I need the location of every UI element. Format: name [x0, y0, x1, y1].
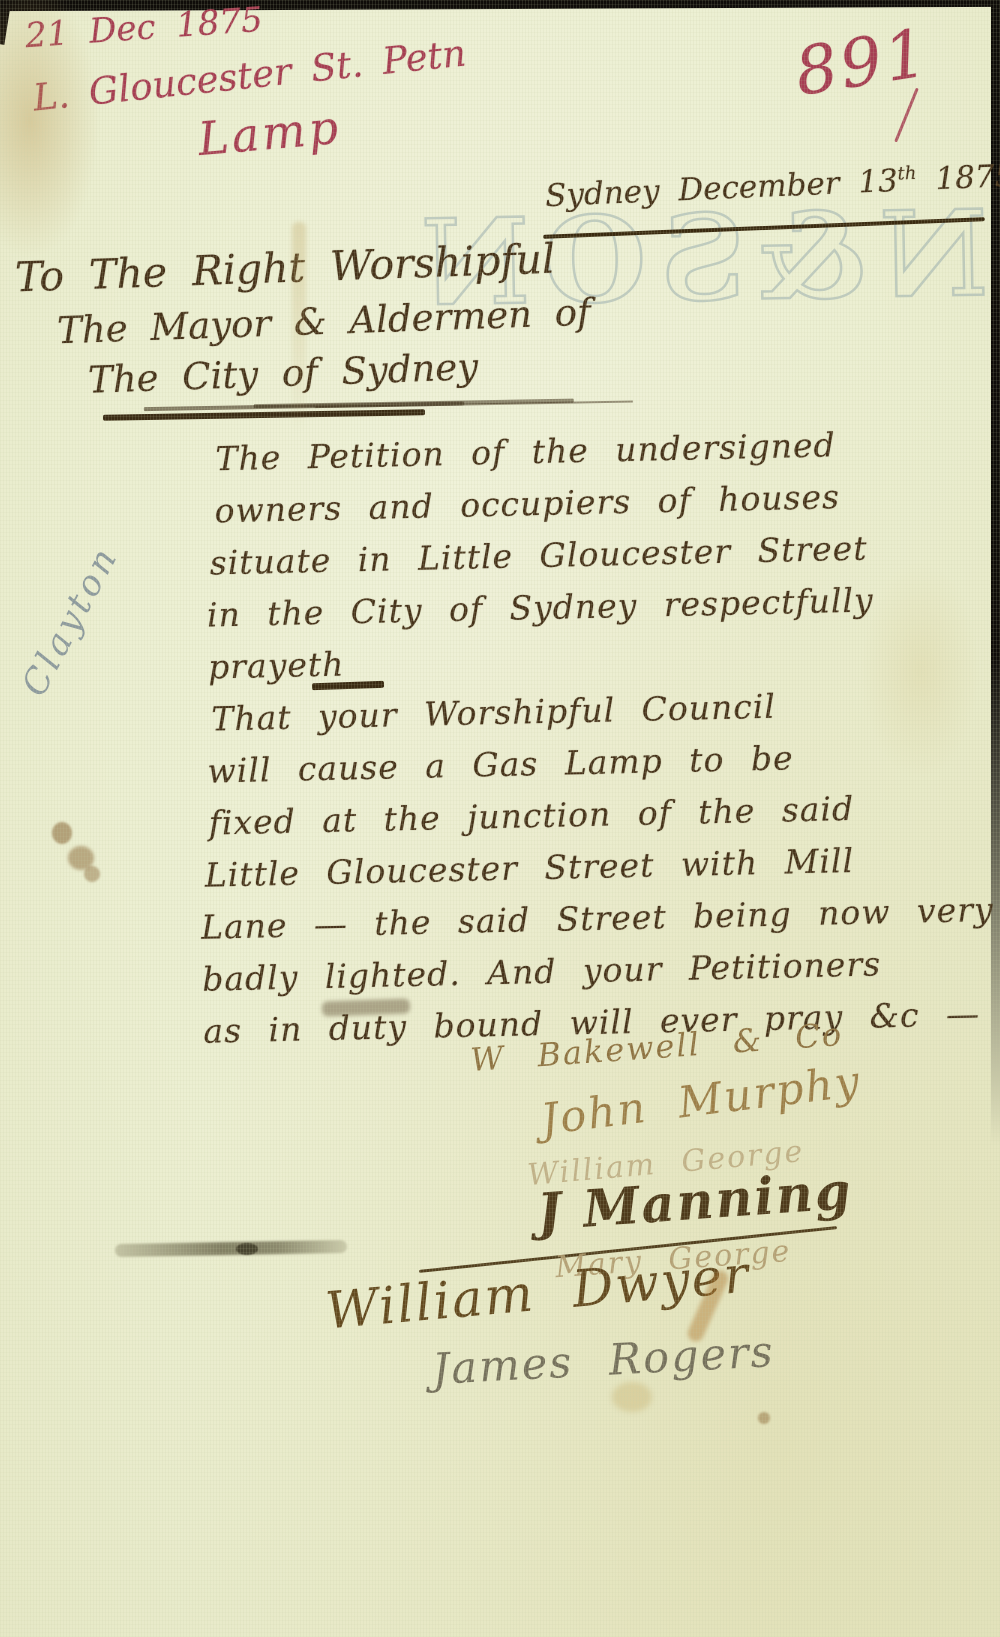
stain-smear: [115, 1240, 347, 1257]
dateline-ordinal: th: [897, 163, 917, 185]
salutation-underline: [103, 409, 425, 421]
stain: [84, 866, 100, 882]
stain: [612, 1382, 652, 1412]
document-page: N&SON 21 Dec 1875 L. Gloucester St. Petn…: [0, 0, 1000, 1637]
stain: [68, 846, 94, 870]
stain: [758, 1412, 770, 1424]
stain: [52, 822, 72, 844]
petition-body: The Petition of the undersigned owners a…: [185, 422, 989, 1064]
ink-smudge: [322, 998, 410, 1016]
salutation-line-3: The City of Sydney: [87, 345, 478, 402]
registration-keyword: Lamp: [196, 100, 343, 166]
dateline-year: 1875: [935, 158, 1000, 197]
margin-pencil-note: Clayton: [14, 539, 126, 703]
salutation-line-2: The Mayor & Aldermen of: [56, 291, 591, 353]
signature: James Rogers: [431, 1327, 776, 1395]
scan-edge-corner: [0, 0, 11, 45]
